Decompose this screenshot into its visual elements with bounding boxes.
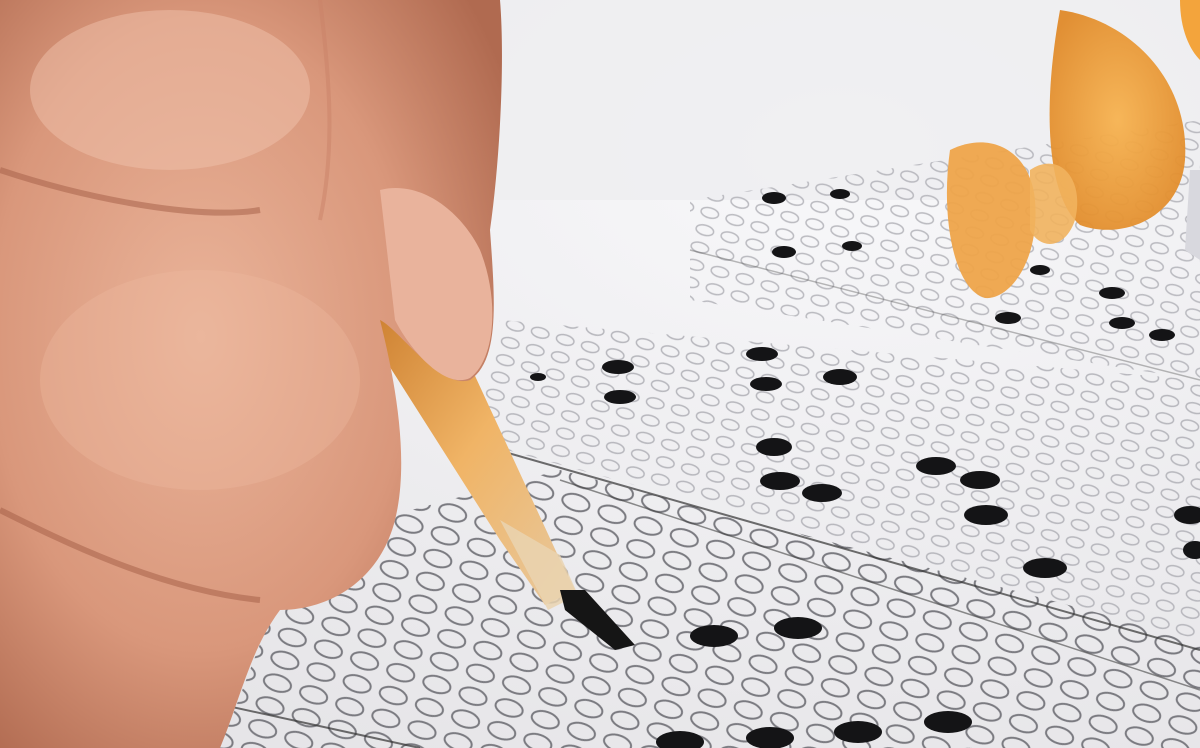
photo-scene bbox=[0, 0, 1200, 748]
answer-sheet bbox=[0, 0, 1200, 748]
